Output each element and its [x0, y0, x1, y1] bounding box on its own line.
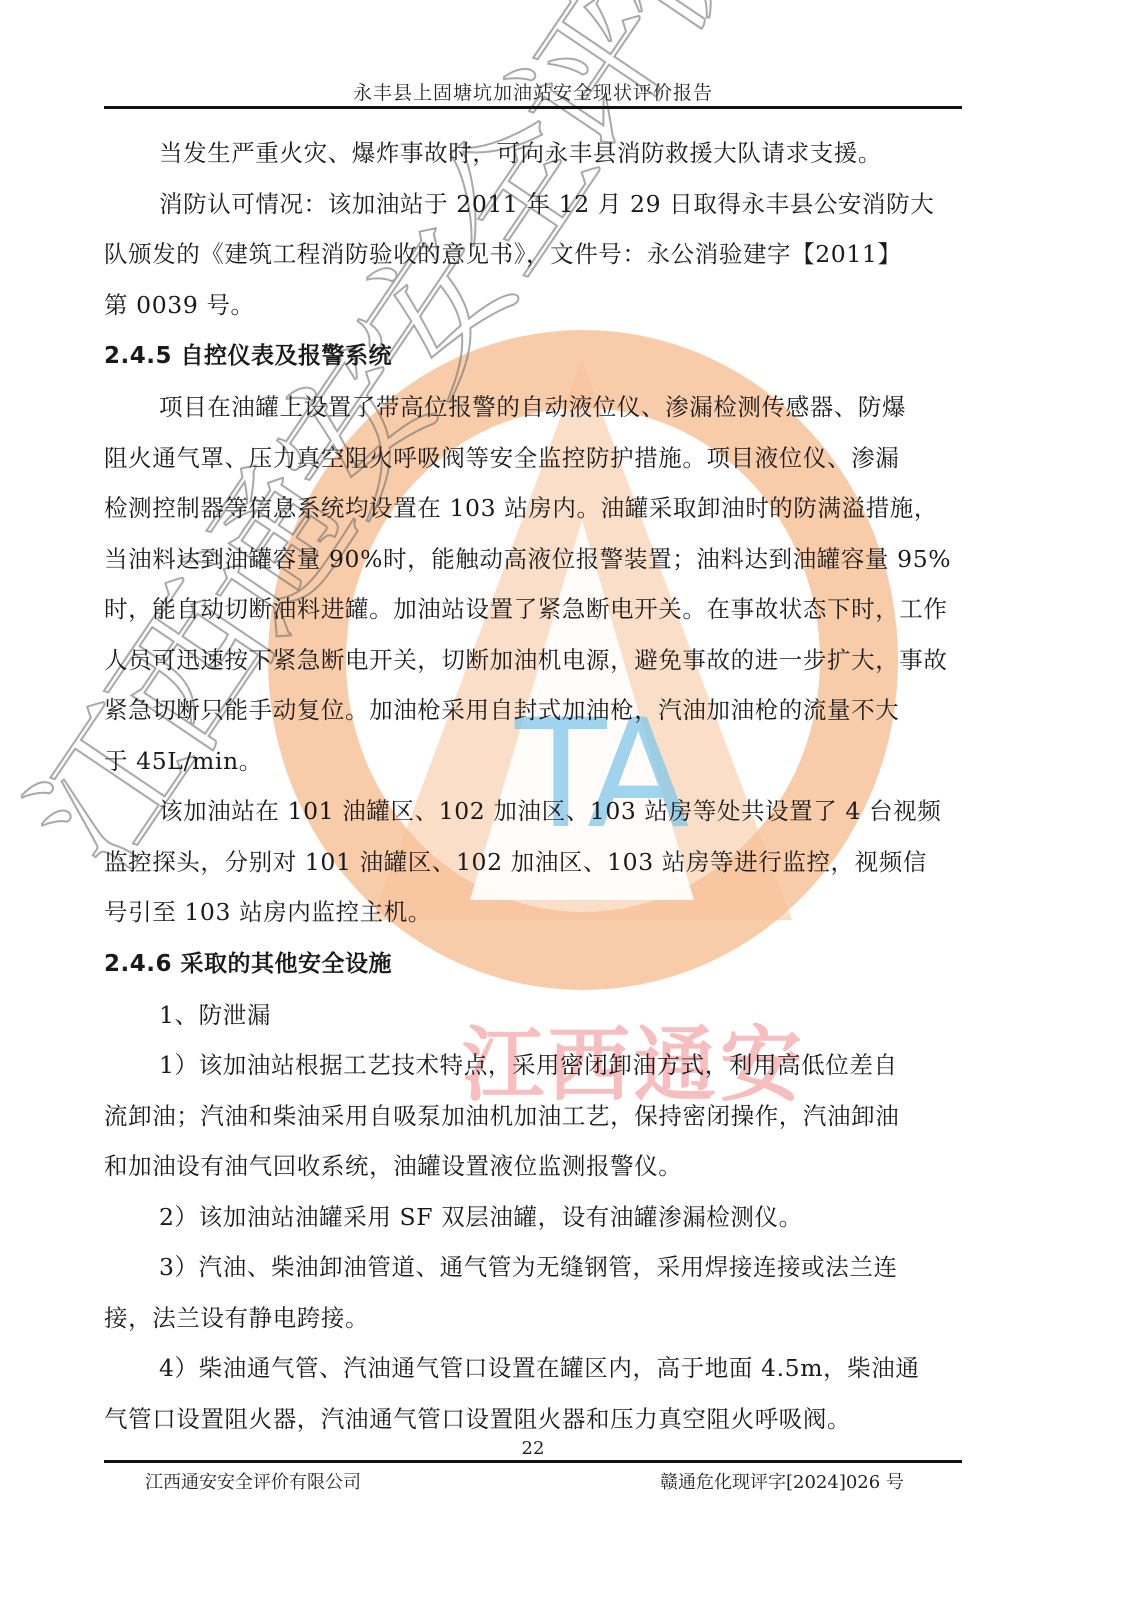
- text-line: 4）柴油通气管、汽油通气管口设置在罐区内，高于地面 4.5m，柴油通: [104, 1343, 962, 1394]
- text-line: 第 0039 号。: [104, 280, 962, 331]
- text-line: 时，能自动切断油料进罐。加油站设置了紧急断电开关。在事故状态下时，工作: [104, 584, 962, 635]
- text-line: 于 45L/min。: [104, 736, 962, 787]
- text-line: 号引至 103 站房内监控主机。: [104, 887, 962, 938]
- document-page: TA 江西通安 江西通安安全评价有限公司 永丰县上固塘坑加油站安全现状评价报告 …: [0, 0, 1131, 1600]
- text-line: 2）该加油站油罐采用 SF 双层油罐，设有油罐渗漏检测仪。: [104, 1192, 962, 1243]
- list-item-3: 3）汽油、柴油卸油管道、通气管为无缝钢管，采用焊接连接或法兰连 接，法兰设有静电…: [104, 1242, 962, 1343]
- page-content: 当发生严重火灾、爆炸事故时，可向永丰县消防救援大队请求支援。 消防认可情况：该加…: [104, 128, 962, 1444]
- text-line: 1）该加油站根据工艺技术特点，采用密闭卸油方式，利用高低位差自: [104, 1040, 962, 1091]
- paragraph-support: 当发生严重火灾、爆炸事故时，可向永丰县消防救援大队请求支援。: [104, 128, 962, 179]
- section-heading-2-4-6: 2.4.6 采取的其他安全设施: [104, 938, 962, 990]
- text-line: 检测控制器等信息系统均设置在 103 站房内。油罐采取卸油时的防满溢措施，: [104, 483, 962, 534]
- list-title-leak-prevention: 1、防泄漏: [104, 990, 962, 1041]
- paragraph-auto-control: 项目在油罐上设置了带高位报警的自动液位仪、渗漏检测传感器、防爆 阻火通气罩、压力…: [104, 382, 962, 786]
- text-line: 接，法兰设有静电跨接。: [104, 1293, 962, 1344]
- text-line: 该加油站在 101 油罐区、102 加油区、103 站房等处共设置了 4 台视频: [104, 786, 962, 837]
- paragraph-fire-approval: 消防认可情况：该加油站于 2011 年 12 月 29 日取得永丰县公安消防大 …: [104, 179, 962, 331]
- text-line: 气管口设置阻火器，汽油通气管口设置阻火器和压力真空阻火呼吸阀。: [104, 1394, 962, 1445]
- text-line: 紧急切断只能手动复位。加油枪采用自封式加油枪，汽油加油枪的流量不大: [104, 685, 962, 736]
- text-line: 3）汽油、柴油卸油管道、通气管为无缝钢管，采用焊接连接或法兰连: [104, 1242, 962, 1293]
- text-line: 队颁发的《建筑工程消防验收的意见书》，文件号：永公消验建字【2011】: [104, 229, 962, 280]
- footer-rule: [104, 1460, 962, 1463]
- text-line: 和加油设有油气回收系统，油罐设置液位监测报警仪。: [104, 1141, 962, 1192]
- text-line: 监控探头，分别对 101 油罐区、102 加油区、103 站房等进行监控，视频信: [104, 837, 962, 888]
- list-item-1: 1）该加油站根据工艺技术特点，采用密闭卸油方式，利用高低位差自 流卸油；汽油和柴…: [104, 1040, 962, 1192]
- running-header: 永丰县上固塘坑加油站安全现状评价报告: [104, 78, 962, 105]
- footer-doc-number: 赣通危化现评字[2024]026 号: [660, 1468, 904, 1494]
- text-line: 人员可迅速按下紧急断电开关，切断加油机电源，避免事故的进一步扩大，事故: [104, 635, 962, 686]
- section-heading-2-4-5: 2.4.5 自控仪表及报警系统: [104, 330, 962, 382]
- paragraph-video-monitoring: 该加油站在 101 油罐区、102 加油区、103 站房等处共设置了 4 台视频…: [104, 786, 962, 938]
- text-line: 流卸油；汽油和柴油采用自吸泵加油机加油工艺，保持密闭操作，汽油卸油: [104, 1091, 962, 1142]
- text-line: 消防认可情况：该加油站于 2011 年 12 月 29 日取得永丰县公安消防大: [104, 179, 962, 230]
- header-rule: [104, 106, 962, 109]
- text-line: 当油料达到油罐容量 90%时，能触动高液位报警装置；油料达到油罐容量 95%: [104, 534, 962, 585]
- list-item-2: 2）该加油站油罐采用 SF 双层油罐，设有油罐渗漏检测仪。: [104, 1192, 962, 1243]
- list-item-4: 4）柴油通气管、汽油通气管口设置在罐区内，高于地面 4.5m，柴油通 气管口设置…: [104, 1343, 962, 1444]
- footer-company: 江西通安安全评价有限公司: [145, 1468, 361, 1494]
- text-line: 项目在油罐上设置了带高位报警的自动液位仪、渗漏检测传感器、防爆: [104, 382, 962, 433]
- text-line: 阻火通气罩、压力真空阻火呼吸阀等安全监控防护措施。项目液位仪、渗漏: [104, 433, 962, 484]
